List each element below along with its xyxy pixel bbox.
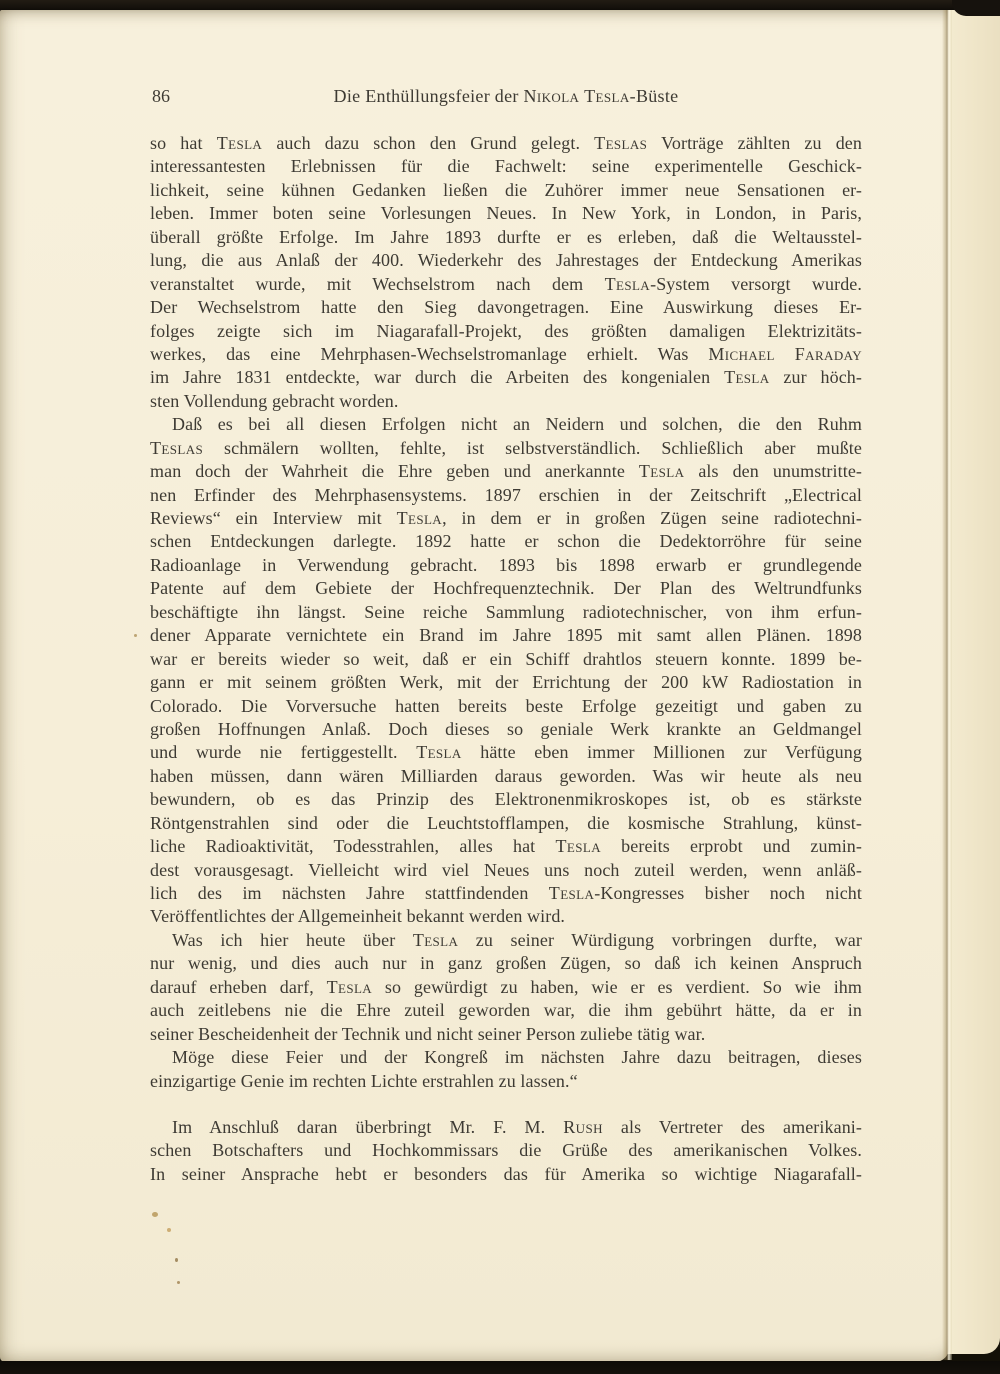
paragraph: so hat Tesla auch dazu schon den Grund g… (150, 132, 862, 413)
text-line: lich des im nächsten Jahre stattfindende… (150, 882, 862, 905)
text-line: veranstaltet wurde, mit Wechselstrom nac… (150, 273, 862, 296)
book-cover-bottom-edge (0, 1361, 1000, 1374)
smallcaps-name: Teslas (594, 133, 647, 153)
text-line: Patente auf dem Gebiete der Hochfrequenz… (150, 577, 862, 600)
smallcaps-name: Michael (708, 344, 774, 364)
scanned-book-page: { "page": { "number": "86", "running_hea… (0, 0, 1000, 1374)
text-line: nen Erfinder des Mehrphasensystems. 1897… (150, 484, 862, 507)
paper-speck (167, 1228, 171, 1232)
smallcaps-name: Tesla (724, 367, 770, 387)
smallcaps-name: Tesla (639, 461, 685, 481)
text-line: man doch der Wahrheit die Ehre geben und… (150, 460, 862, 483)
text-line: beschäftigte ihn längst. Seine reiche Sa… (150, 601, 862, 624)
text-line: schen Botschafters und Hochkommissars di… (150, 1139, 862, 1162)
text-line: Radioanlage in Verwendung gebracht. 1893… (150, 554, 862, 577)
text-line: leben. Immer boten seine Vorlesungen Neu… (150, 202, 862, 225)
text-line: Im Anschluß daran überbringt Mr. F. M. R… (150, 1116, 862, 1139)
text-line: folges zeigte sich im Niagarafall-Projek… (150, 320, 862, 343)
smallcaps-name: Tesla (416, 742, 462, 762)
text-line: sten Vollendung gebracht worden. (150, 390, 862, 413)
text-line: seiner Bescheidenheit der Technik und ni… (150, 1023, 862, 1046)
text-line: großen Hoffnungen Anlaß. Doch dieses so … (150, 718, 862, 741)
text-line: haben müssen, dann wären Milliarden dara… (150, 765, 862, 788)
page-number: 86 (152, 86, 170, 107)
text-line: Röntgenstrahlen sind oder die Leuchtstof… (150, 812, 862, 835)
text-line: In seiner Ansprache hebt er besonders da… (150, 1163, 862, 1186)
text-line: interessantesten Erlebnissen für die Fac… (150, 155, 862, 178)
text-line: lung, die aus Anlaß der 400. Wiederkehr … (150, 249, 862, 272)
text-line: dener Apparate vernichtete ein Brand im … (150, 624, 862, 647)
running-header: 86 Die Enthüllungsfeier der Nikola Tesla… (150, 86, 862, 112)
smallcaps-name: Tesla (605, 274, 651, 294)
text-line: war er bereits wieder so weit, daß er ei… (150, 648, 862, 671)
clipped-page-corner (952, 0, 1000, 16)
text-line: Teslas schmälern wollten, fehlte, ist se… (150, 437, 862, 460)
smallcaps-name: Rush (563, 1117, 603, 1137)
text-line: auch zeitlebens nie die Ehre zuteil gewo… (150, 999, 862, 1022)
text-line: gann er mit seinem größten Werk, mit der… (150, 671, 862, 694)
page-gutter-crease (942, 8, 952, 1360)
next-page-edge (946, 8, 1000, 1354)
paper-speck (175, 1258, 178, 1262)
smallcaps-name: Tesla (413, 930, 459, 950)
smallcaps-name: Tesla (217, 133, 263, 153)
text-line: lichkeit, seine kühnen Gedanken ließen d… (150, 179, 862, 202)
smallcaps-name: Tesla (327, 977, 373, 997)
text-line: so hat Tesla auch dazu schon den Grund g… (150, 132, 862, 155)
paper-speck (177, 1281, 180, 1284)
text-line: dest vorausgesagt. Vielleicht wird viel … (150, 859, 862, 882)
paper-speck (152, 1212, 158, 1217)
running-header-title: Die Enthüllungsfeier der Nikola Tesla-Bü… (150, 86, 862, 107)
text-line: darauf erheben darf, Tesla so gewürdigt … (150, 976, 862, 999)
text-line: Veröffentlichtes der Allgemeinheit bekan… (150, 905, 862, 928)
text-line: werkes, das eine Mehrphasen-Wechselstrom… (150, 343, 862, 366)
text-line: im Jahre 1831 entdeckte, war durch die A… (150, 366, 862, 389)
text-line: Colorado. Die Vorversuche hatten bereits… (150, 695, 862, 718)
text-line: Möge diese Feier und der Kongreß im näch… (150, 1046, 862, 1069)
smallcaps-name: Tesla (584, 86, 630, 106)
text-line: nur wenig, und dies auch nur in ganz gro… (150, 952, 862, 975)
text-line: überall größte Erfolge. Im Jahre 1893 du… (150, 226, 862, 249)
text-line: und wurde nie fertiggestellt. Tesla hätt… (150, 741, 862, 764)
smallcaps-name: Faraday (795, 344, 862, 364)
smallcaps-name: Tesla (397, 508, 443, 528)
text-line: bewundern, ob es das Prinzip des Elektro… (150, 788, 862, 811)
text-line: liche Radioaktivität, Todesstrahlen, all… (150, 835, 862, 858)
smallcaps-name: Nikola (524, 86, 580, 106)
text-line: einzigartige Genie im rechten Lichte ers… (150, 1070, 862, 1093)
paragraph: Möge diese Feier und der Kongreß im näch… (150, 1046, 862, 1093)
paragraph: Was ich hier heute über Tesla zu seiner … (150, 929, 862, 1046)
text-line: schen Entdeckungen darlegte. 1892 hatte … (150, 530, 862, 553)
page-content: 86 Die Enthüllungsfeier der Nikola Tesla… (150, 86, 862, 1186)
text-line: Der Wechselstrom hatte den Sieg davonget… (150, 296, 862, 319)
smallcaps-name: Tesla (555, 836, 601, 856)
body-text: so hat Tesla auch dazu schon den Grund g… (150, 132, 862, 1186)
paragraph: Im Anschluß daran überbringt Mr. F. M. R… (150, 1116, 862, 1186)
smallcaps-name: Tesla (549, 883, 595, 903)
paper-speck (134, 634, 137, 637)
text-line: Daß es bei all diesen Erfolgen nicht an … (150, 413, 862, 436)
book-cover-top-edge (0, 0, 1000, 10)
text-line: Was ich hier heute über Tesla zu seiner … (150, 929, 862, 952)
smallcaps-name: Teslas (150, 438, 203, 458)
text-line: Reviews“ ein Interview mit Tesla, in dem… (150, 507, 862, 530)
paragraph: Daß es bei all diesen Erfolgen nicht an … (150, 413, 862, 929)
